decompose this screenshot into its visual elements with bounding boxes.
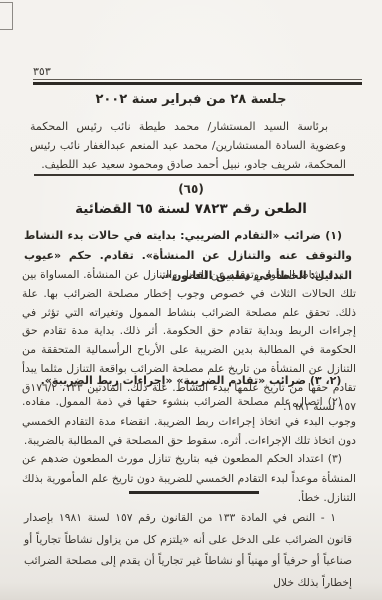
footnote-text: ١ - النص في المادة ١٣٣ من القانون رقم ١٥…: [24, 507, 352, 593]
scan-corner-artifact: [0, 2, 13, 30]
headnote-2-3: (٢، ٣) ضرائب «تقادم الضريبة» «إجراءات رب…: [24, 374, 358, 387]
session-title: جلسة ٢٨ من فبراير سنة ٢٠٠٢: [24, 92, 358, 107]
scanned-law-report-page: ٣٥٣ جلسة ٢٨ من فبراير سنة ٢٠٠٢ برئاسة ال…: [0, 0, 382, 600]
footnote-divider-rule: [129, 491, 259, 494]
headnote-3-summary: (٣) اعتداد الحكم المطعون فيه بتاريخ تناز…: [22, 449, 356, 508]
judicial-panel-text: برئاسة السيد المستشار/ محمد طيطة نائب رئ…: [30, 117, 346, 174]
case-serial-number: (٦٥): [24, 182, 358, 196]
headnote-2-summary: (٢) اتصال علم مصلحة الضرائب بنشوء حقها ف…: [22, 392, 356, 451]
case-title: الطعن رقم ٧٨٢٣ لسنة ٦٥ القضائية: [24, 201, 358, 217]
page-number: ٣٥٣: [33, 65, 51, 78]
masthead-double-rule: [33, 79, 362, 85]
section-divider-rule: [34, 174, 354, 176]
